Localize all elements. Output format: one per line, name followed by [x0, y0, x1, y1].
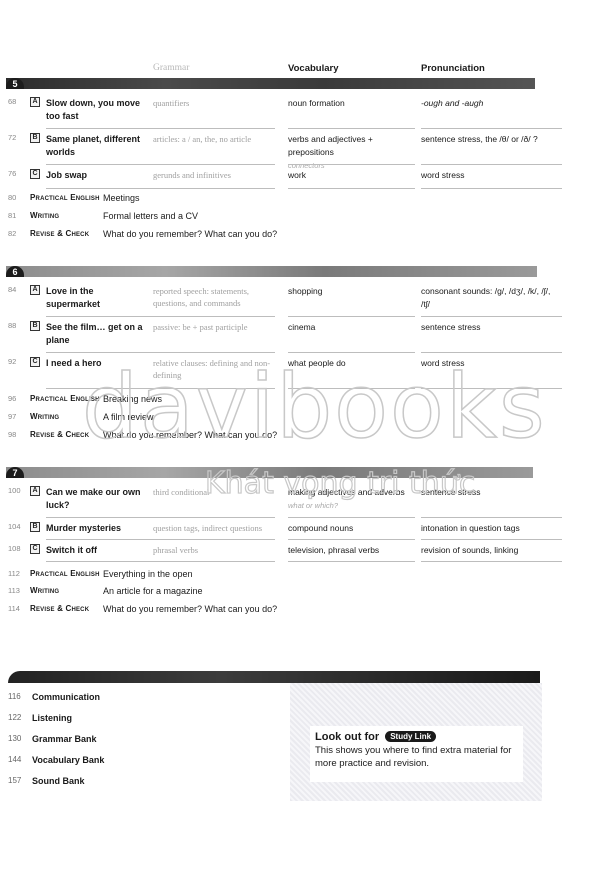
lesson-page: 84	[8, 285, 16, 294]
extra-section-row: 80 Practical English Meetings	[0, 193, 400, 206]
lesson-page: 88	[8, 321, 16, 330]
extra-section-row: 81 Writing Formal letters and a CV	[0, 211, 400, 224]
back-matter-label: Sound Bank	[32, 776, 85, 786]
extra-description: Formal letters and a CV	[103, 211, 198, 221]
extra-page: 97	[8, 412, 16, 421]
vocabulary-main: noun formation	[288, 98, 345, 108]
lesson-grammar: relative clauses: defining and non-defin…	[153, 357, 278, 381]
lesson-pronunciation: sentence stress	[421, 321, 551, 334]
back-matter-page: 116	[8, 692, 21, 701]
lesson-page: 76	[8, 169, 16, 178]
row-divider	[421, 128, 562, 129]
lesson-pronunciation: sentence stress	[421, 486, 551, 499]
unit-bar	[6, 467, 533, 478]
extra-page: 113	[8, 586, 20, 595]
vocabulary-main: verbs and adjectives + prepositions	[288, 134, 373, 157]
lesson-pronunciation: sentence stress, the /θ/ or /ð/ ?	[421, 133, 551, 146]
row-divider	[288, 517, 415, 518]
extra-label: Writing	[30, 211, 59, 220]
vocabulary-sub: what or which?	[288, 499, 418, 512]
lesson-row: 68 A Slow down, you move too fast quanti…	[0, 97, 565, 129]
extra-description: Meetings	[103, 193, 140, 203]
lesson-grammar: gerunds and infinitives	[153, 169, 278, 181]
lesson-row: 88 B See the film… get on a plane passiv…	[0, 321, 565, 353]
vocabulary-main: shopping	[288, 286, 323, 296]
back-matter-label: Communication	[32, 692, 100, 702]
lesson-vocabulary: work	[288, 169, 418, 182]
row-divider	[421, 352, 562, 353]
back-matter-page: 157	[8, 776, 21, 785]
row-divider	[421, 164, 562, 165]
row-divider	[421, 539, 562, 540]
extra-description: A film review	[103, 412, 154, 422]
callout-heading: Look out for Study Link	[315, 731, 518, 743]
lesson-title: See the film… get on a plane	[46, 321, 146, 347]
back-matter-page: 130	[8, 734, 21, 743]
back-matter-page: 144	[8, 755, 21, 764]
extra-section-row: 96 Practical English Breaking news	[0, 394, 400, 407]
lesson-title: Murder mysteries	[46, 522, 146, 535]
extra-label: Practical English	[30, 569, 100, 578]
row-divider	[288, 388, 415, 389]
extra-page: 114	[8, 604, 20, 613]
lesson-letter-icon: A	[30, 285, 40, 295]
extra-section-row: 112 Practical English Everything in the …	[0, 569, 400, 582]
lesson-letter-icon: C	[30, 169, 40, 179]
extra-section-row: 97 Writing A film review	[0, 412, 400, 425]
back-matter-label: Vocabulary Bank	[32, 755, 104, 765]
callout-body: This shows you where to find extra mater…	[315, 744, 518, 770]
lesson-row: 108 C Switch it off phrasal verbs televi…	[0, 544, 565, 562]
extra-description: What do you remember? What can you do?	[103, 604, 277, 614]
row-divider	[421, 316, 562, 317]
lesson-vocabulary: noun formation	[288, 97, 418, 110]
lesson-letter-icon: B	[30, 522, 40, 532]
lesson-row: 92 C I need a hero relative clauses: def…	[0, 357, 565, 389]
row-divider	[421, 188, 562, 189]
unit-number-badge: 7	[6, 467, 24, 478]
lesson-page: 108	[8, 544, 21, 553]
extra-label: Writing	[30, 412, 59, 421]
row-divider	[46, 352, 275, 353]
lesson-vocabulary: cinema	[288, 321, 418, 334]
lesson-pronunciation: word stress	[421, 169, 551, 182]
lesson-grammar: quantifiers	[153, 97, 278, 109]
vocabulary-main: what people do	[288, 358, 346, 368]
vocabulary-main: cinema	[288, 322, 315, 332]
extra-page: 96	[8, 394, 16, 403]
lesson-pronunciation: consonant sounds: /g/, /dʒ/, /k/, /ʃ/, /…	[421, 285, 551, 311]
lesson-grammar: reported speech: statements, questions, …	[153, 285, 278, 309]
row-divider	[421, 388, 562, 389]
row-divider	[46, 539, 275, 540]
lesson-pronunciation: -ough and -augh	[421, 97, 551, 110]
row-divider	[288, 316, 415, 317]
lesson-row: 104 B Murder mysteries question tags, in…	[0, 522, 565, 540]
lesson-grammar: phrasal verbs	[153, 544, 278, 556]
row-divider	[288, 561, 415, 562]
extra-description: What do you remember? What can you do?	[103, 430, 277, 440]
unit-number-badge: 6	[6, 266, 24, 277]
column-header-grammar: Grammar	[153, 63, 189, 73]
lesson-pronunciation: revision of sounds, linking	[421, 544, 551, 557]
extra-section-row: 114 Revise & Check What do you remember?…	[0, 604, 400, 617]
lesson-letter-icon: C	[30, 544, 40, 554]
lesson-title: Job swap	[46, 169, 146, 182]
study-link-callout: Look out for Study Link This shows you w…	[310, 726, 523, 782]
row-divider	[288, 539, 415, 540]
lesson-page: 68	[8, 97, 16, 106]
extra-label: Revise & Check	[30, 229, 89, 238]
extra-section-row: 113 Writing An article for a magazine	[0, 586, 400, 599]
row-divider	[421, 561, 562, 562]
extra-label: Revise & Check	[30, 430, 89, 439]
lesson-title: Love in the supermarket	[46, 285, 146, 311]
row-divider	[421, 517, 562, 518]
column-header-vocabulary: Vocabulary	[288, 63, 339, 74]
extra-page: 81	[8, 211, 16, 220]
unit-bar	[6, 78, 535, 89]
back-matter-label: Listening	[32, 713, 72, 723]
vocabulary-main: television, phrasal verbs	[288, 545, 379, 555]
extra-page: 80	[8, 193, 16, 202]
lesson-title: I need a hero	[46, 357, 146, 370]
lesson-vocabulary: compound nouns	[288, 522, 418, 535]
back-matter-page: 122	[8, 713, 21, 722]
lesson-grammar: question tags, indirect questions	[153, 522, 278, 534]
row-divider	[46, 128, 275, 129]
extra-description: What do you remember? What can you do?	[103, 229, 277, 239]
unit-number-badge: 5	[6, 78, 24, 89]
lesson-row: 76 C Job swap gerunds and infinitives wo…	[0, 169, 565, 189]
lesson-vocabulary: television, phrasal verbs	[288, 544, 418, 557]
extra-description: An article for a magazine	[103, 586, 203, 596]
lesson-title: Switch it off	[46, 544, 146, 557]
callout-heading-text: Look out for	[315, 731, 379, 743]
lesson-vocabulary: shopping	[288, 285, 418, 298]
extra-page: 82	[8, 229, 16, 238]
row-divider	[288, 352, 415, 353]
lesson-grammar: passive: be + past participle	[153, 321, 278, 333]
lesson-letter-icon: B	[30, 133, 40, 143]
lesson-title: Same planet, different worlds	[46, 133, 146, 159]
lesson-page: 92	[8, 357, 16, 366]
lesson-vocabulary: what people do	[288, 357, 418, 370]
lesson-row: 84 A Love in the supermarket reported sp…	[0, 285, 565, 317]
extra-label: Practical English	[30, 394, 100, 403]
lesson-letter-icon: A	[30, 486, 40, 496]
lesson-title: Can we make our own luck?	[46, 486, 146, 512]
extra-label: Revise & Check	[30, 604, 89, 613]
row-divider	[288, 128, 415, 129]
lesson-page: 72	[8, 133, 16, 142]
row-divider	[46, 388, 275, 389]
lesson-page: 100	[8, 486, 21, 495]
lesson-page: 104	[8, 522, 21, 531]
lesson-pronunciation: word stress	[421, 357, 551, 370]
extra-label: Practical English	[30, 193, 100, 202]
row-divider	[288, 164, 415, 165]
study-link-badge: Study Link	[385, 731, 436, 742]
extra-label: Writing	[30, 586, 59, 595]
extra-section-row: 98 Revise & Check What do you remember? …	[0, 430, 400, 443]
lesson-row: 100 A Can we make our own luck? third co…	[0, 486, 565, 518]
extra-page: 112	[8, 569, 20, 578]
lesson-vocabulary: verbs and adjectives + prepositionsconne…	[288, 133, 418, 172]
lesson-grammar: third conditional	[153, 486, 278, 498]
extra-description: Breaking news	[103, 394, 162, 404]
back-matter-label: Grammar Bank	[32, 734, 97, 744]
lesson-vocabulary: making adjectives and adverbswhat or whi…	[288, 486, 418, 512]
lesson-grammar: articles: a / an, the, no article	[153, 133, 278, 145]
lesson-letter-icon: C	[30, 357, 40, 367]
row-divider	[46, 561, 275, 562]
lesson-pronunciation: intonation in question tags	[421, 522, 551, 535]
row-divider	[288, 188, 415, 189]
row-divider	[46, 316, 275, 317]
column-header-pronunciation: Pronunciation	[421, 63, 485, 74]
extra-description: Everything in the open	[103, 569, 193, 579]
row-divider	[46, 188, 275, 189]
lesson-letter-icon: B	[30, 321, 40, 331]
back-matter-bar	[8, 671, 540, 683]
vocabulary-main: compound nouns	[288, 523, 353, 533]
lesson-title: Slow down, you move too fast	[46, 97, 146, 123]
row-divider	[46, 517, 275, 518]
unit-bar	[6, 266, 537, 277]
vocabulary-main: making adjectives and adverbs	[288, 487, 405, 497]
row-divider	[46, 164, 275, 165]
lesson-letter-icon: A	[30, 97, 40, 107]
extra-page: 98	[8, 430, 16, 439]
lesson-row: 72 B Same planet, different worlds artic…	[0, 133, 565, 165]
extra-section-row: 82 Revise & Check What do you remember? …	[0, 229, 400, 242]
vocabulary-main: work	[288, 170, 306, 180]
